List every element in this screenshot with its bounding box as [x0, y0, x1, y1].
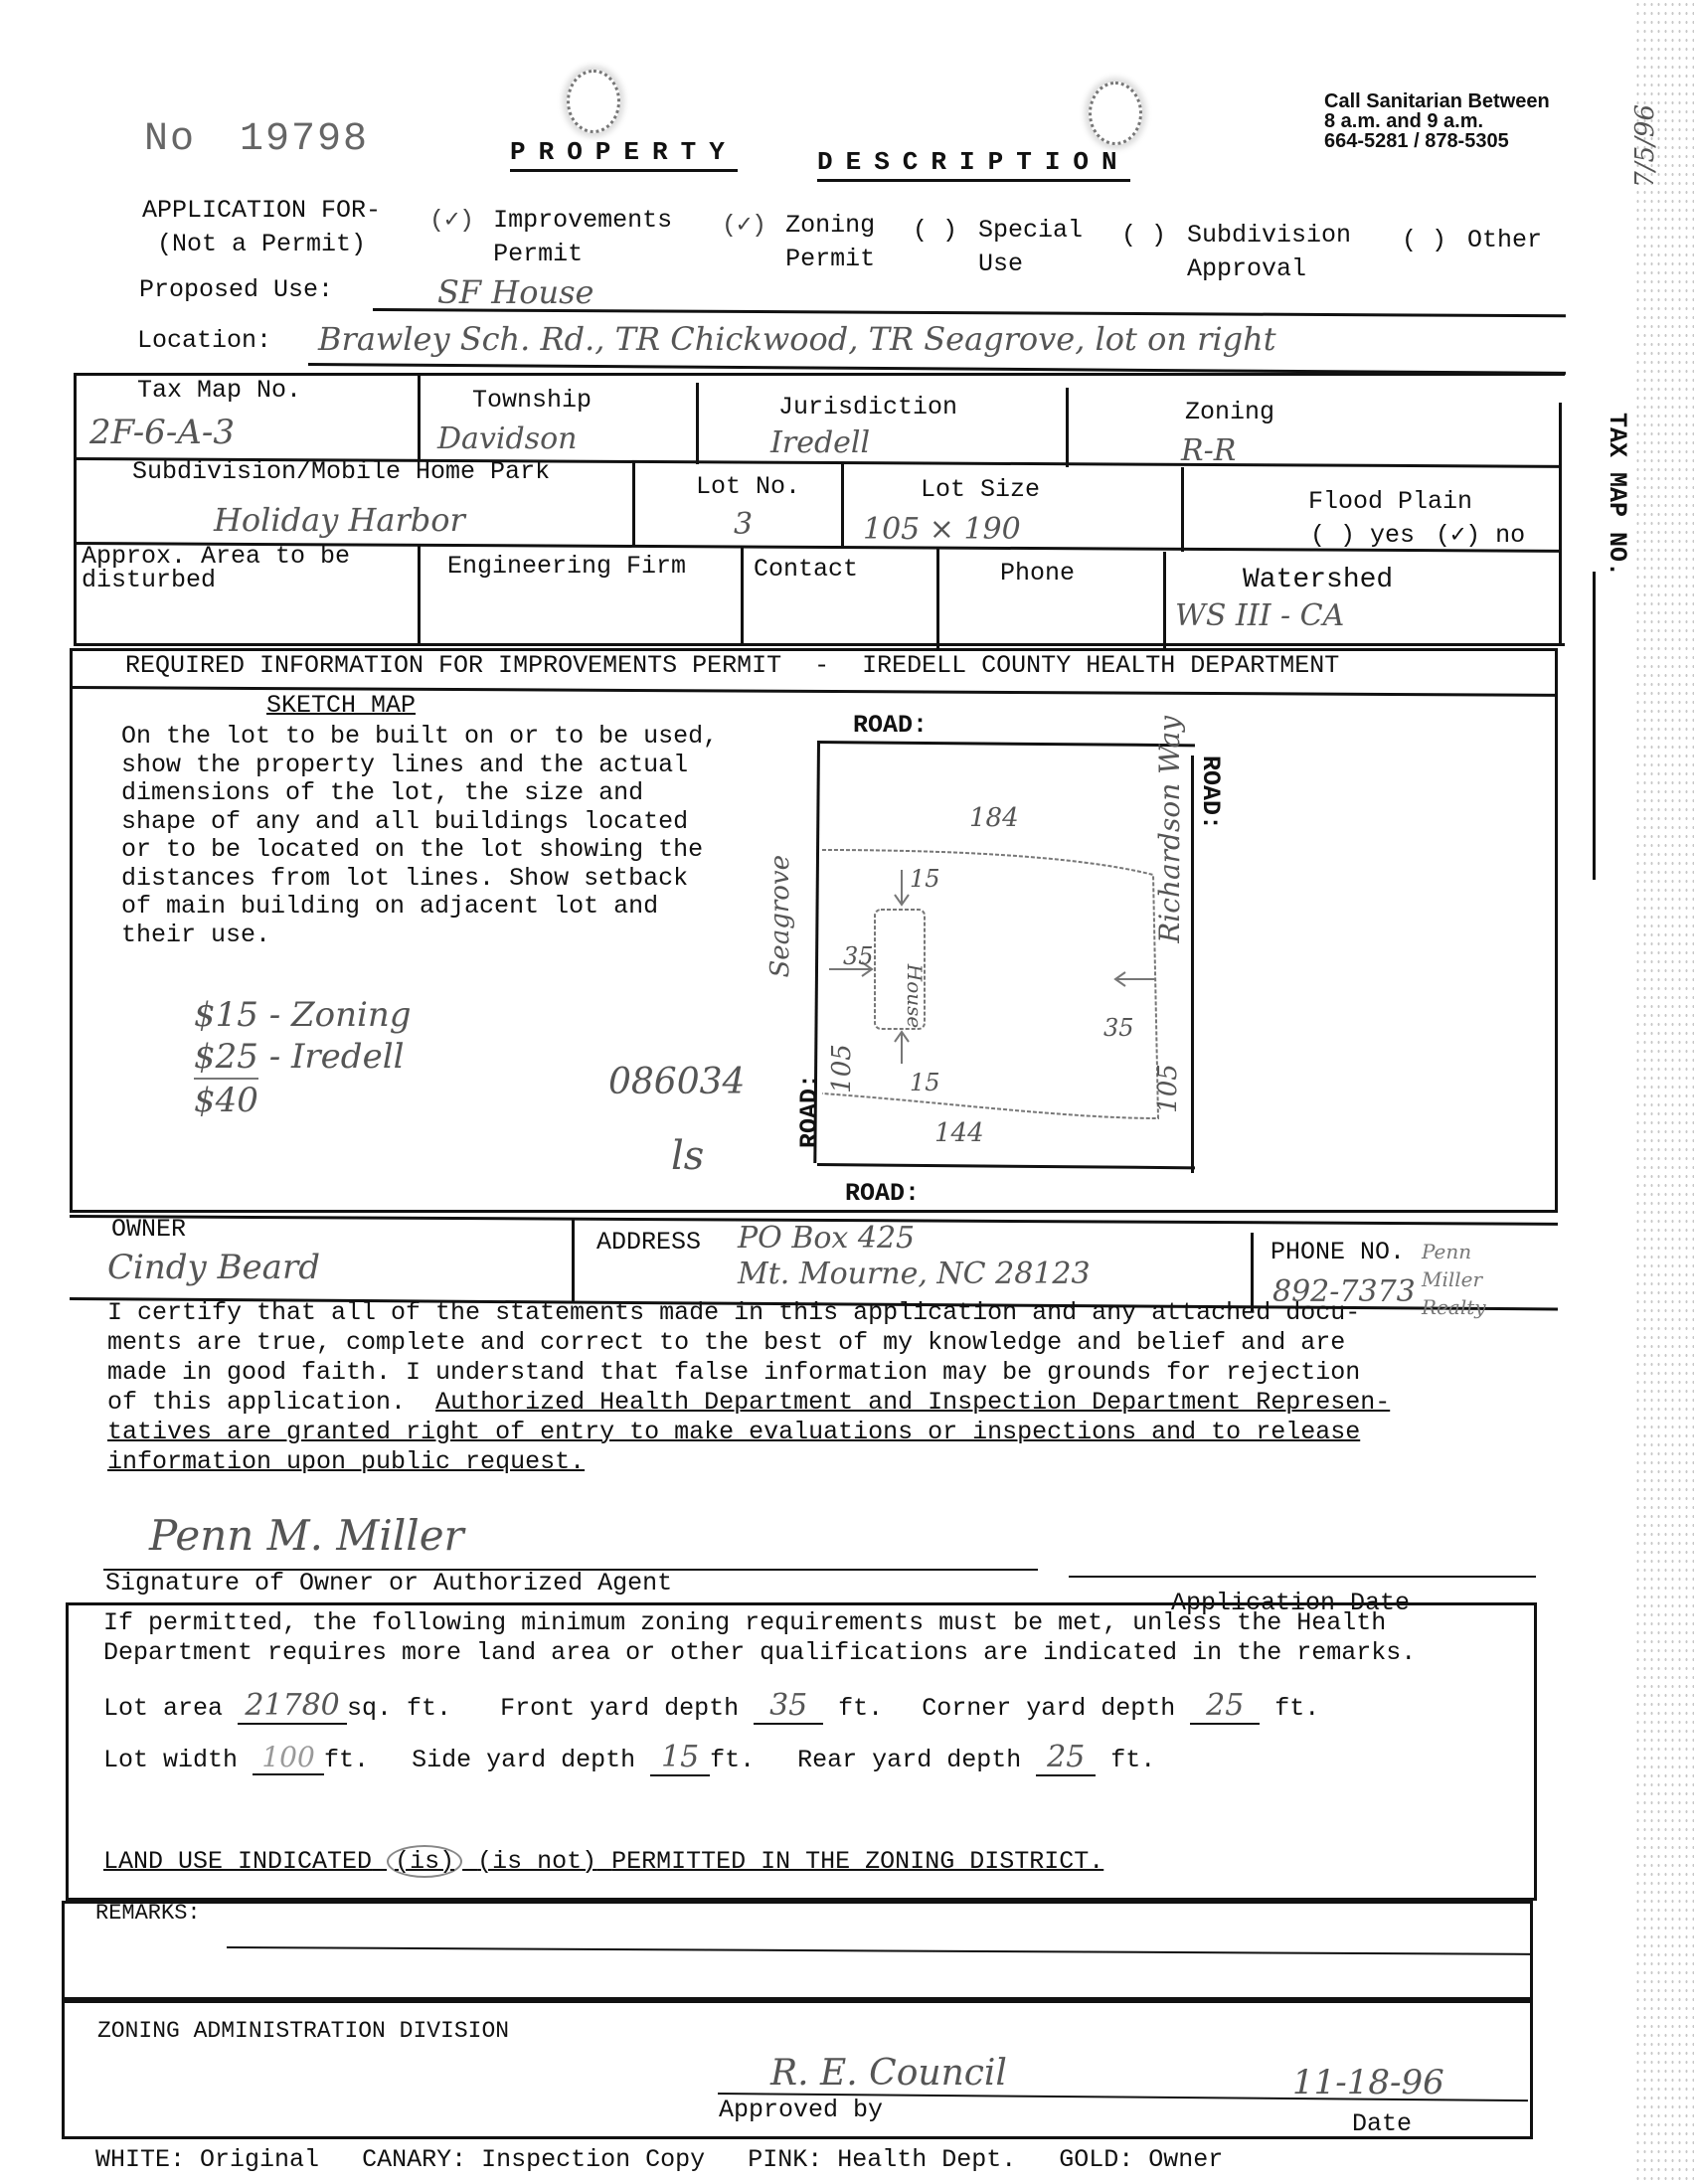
punch-hole-right: [1089, 82, 1142, 145]
setback-front: 35: [843, 942, 874, 970]
dim-right: 105: [1153, 1064, 1183, 1113]
location-label: Location:: [137, 326, 271, 355]
engineering-firm-field[interactable]: [427, 591, 731, 636]
township-field[interactable]: Davidson: [437, 421, 577, 456]
lot-no-field[interactable]: 3: [734, 507, 753, 542]
option-zoning-permit[interactable]: (✓) Zoning Permit: [722, 209, 875, 276]
area-disturbed-label: Approx. Area to be disturbed: [82, 545, 350, 592]
signature-label: Signature of Owner or Authorized Agent: [105, 1569, 672, 1597]
dim-bottom: 144: [934, 1118, 984, 1148]
phone-no-label: PHONE NO.: [1270, 1238, 1405, 1266]
sketch-map-title: SKETCH MAP: [266, 691, 416, 720]
flood-plain-label: Flood Plain: [1308, 487, 1472, 516]
area-disturbed-field[interactable]: [82, 596, 410, 636]
form-number-prefix: No: [144, 117, 196, 162]
copy-canary: CANARY: Inspection Copy: [362, 2145, 705, 2174]
checkbox-improvements[interactable]: (✓): [429, 206, 474, 235]
setback-bottom: 15: [910, 1069, 940, 1096]
setback-rear: 35: [1103, 1014, 1134, 1042]
flood-plain-no[interactable]: (✓) no: [1436, 521, 1525, 550]
watershed-field[interactable]: WS III - CA: [1175, 598, 1344, 633]
punch-hole-left: [567, 70, 620, 133]
phone-field[interactable]: [946, 596, 1155, 641]
copy-distribution: WHITE: Original CANARY: Inspection Copy …: [95, 2145, 1223, 2174]
option-improvements-permit[interactable]: (✓) Improvements Permit: [429, 204, 672, 271]
phone-label: Phone: [1000, 559, 1075, 588]
engineering-firm-label: Engineering Firm: [447, 552, 686, 581]
building-label: House: [903, 964, 927, 1028]
option-other[interactable]: ( ) Other: [1402, 224, 1542, 257]
copy-gold: GOLD: Owner: [1059, 2145, 1223, 2174]
zoning-division-label: ZONING ADMINISTRATION DIVISION: [97, 2018, 509, 2044]
form-number-value: 19798: [240, 117, 369, 162]
checkbox-zoning[interactable]: (✓): [722, 211, 766, 240]
front-yard-field[interactable]: 35: [754, 1688, 823, 1725]
sketch-instructions: On the lot to be built on or to be used,…: [121, 723, 718, 949]
zoning-row-1: Lot area 21780sq. ft. Front yard depth 3…: [103, 1688, 1319, 1725]
zoning-row-2: Lot width 100ft. Side yard depth 15ft. R…: [103, 1740, 1155, 1776]
owner-field[interactable]: Cindy Beard: [107, 1248, 320, 1287]
lot-area-field[interactable]: 21780: [238, 1688, 347, 1725]
proposed-use-field[interactable]: SF House: [437, 273, 593, 311]
contact-label: Contact: [754, 555, 858, 584]
approved-by-label: Approved by: [719, 2096, 883, 2124]
land-use-is-option[interactable]: (is): [387, 1845, 462, 1878]
receipt-number: 086034: [608, 1062, 745, 1102]
subdivision-label: Subdivision/Mobile Home Park: [132, 457, 550, 486]
checkbox-other[interactable]: ( ): [1402, 226, 1446, 254]
flood-plain-options: ( ) yes (✓) no: [1310, 519, 1525, 550]
zoning-field[interactable]: R-R: [1181, 433, 1236, 468]
option-special-use[interactable]: ( ) Special Use: [913, 214, 1083, 281]
tax-map-label: Tax Map No.: [137, 376, 301, 405]
lot-size-label: Lot Size: [921, 475, 1040, 504]
fee-notes: $15 - Zoning $25 - Iredell $40: [194, 994, 412, 1121]
approval-date-label: Date: [1352, 2109, 1412, 2138]
application-for-label: APPLICATION FOR- (Not a Permit): [142, 194, 381, 261]
checkbox-subdivision[interactable]: ( ): [1121, 221, 1166, 250]
remarks-label: REMARKS:: [95, 1901, 201, 1926]
jurisdiction-field[interactable]: Iredell: [770, 425, 870, 460]
title-description: DESCRIPTION: [817, 147, 1130, 182]
clerk-initials: ls: [671, 1133, 704, 1179]
tax-map-field[interactable]: 2F-6-A-3: [89, 413, 235, 452]
left-road-name: Seagrove: [765, 855, 795, 978]
scan-noise-edge: [1634, 0, 1694, 2184]
township-label: Township: [472, 386, 592, 415]
phone-note: Penn Miller Realty: [1422, 1238, 1531, 1321]
owner-signature[interactable]: Penn M. Miller: [149, 1511, 464, 1560]
copy-white: WHITE: Original: [95, 2145, 319, 2174]
remarks-field[interactable]: [229, 1909, 1521, 1988]
certification-text: I certify that all of the statements mad…: [107, 1298, 1390, 1477]
approved-by-field[interactable]: R. E. Council: [770, 2053, 1007, 2094]
copy-pink: PINK: Health Dept.: [748, 2145, 1016, 2174]
contact-field[interactable]: [751, 594, 930, 639]
zoning-label: Zoning: [1185, 398, 1274, 426]
proposed-use-label: Proposed Use:: [139, 275, 333, 304]
margin-date: 7/5/96: [1630, 104, 1660, 188]
lot-no-label: Lot No.: [696, 472, 800, 501]
lot-width-field[interactable]: 100: [253, 1741, 324, 1775]
tax-map-no-side-label: TAX MAP NO.: [1603, 413, 1631, 577]
title-property: PROPERTY: [510, 137, 738, 172]
subdivision-field[interactable]: Holiday Harbor: [214, 501, 465, 539]
jurisdiction-label: Jurisdiction: [778, 393, 957, 421]
dim-top: 184: [969, 803, 1019, 833]
address-field[interactable]: PO Box 425 Mt. Mourne, NC 28123: [738, 1221, 1091, 1292]
application-date-field[interactable]: [1074, 1539, 1531, 1575]
address-label: ADDRESS: [596, 1228, 701, 1257]
land-use-statement: LAND USE INDICATED (is) (is not) PERMITT…: [103, 1847, 1103, 1876]
setback-top: 15: [910, 865, 940, 893]
improvements-header: REQUIRED INFORMATION FOR IMPROVEMENTS PE…: [125, 651, 1339, 680]
road-top-label: ROAD:: [853, 711, 928, 740]
sanitarian-note: Call Sanitarian Between 8 a.m. and 9 a.m…: [1324, 91, 1550, 151]
flood-plain-yes[interactable]: ( ) yes: [1310, 521, 1415, 550]
approval-date-field[interactable]: 11-18-96: [1292, 2063, 1444, 2102]
road-right-label: ROAD:: [1196, 756, 1225, 830]
lot-size-field[interactable]: 105 × 190: [863, 512, 1021, 547]
dim-left: 105: [827, 1044, 857, 1093]
zoning-intro: If permitted, the following minimum zoni…: [103, 1608, 1416, 1668]
option-subdivision-approval[interactable]: ( ) Subdivision Approval: [1121, 219, 1351, 286]
road-bottom-label: ROAD:: [845, 1179, 920, 1208]
owner-label: OWNER: [111, 1215, 186, 1244]
watershed-label: Watershed: [1243, 565, 1393, 595]
checkbox-special-use[interactable]: ( ): [913, 216, 957, 245]
form-number: No 19798: [144, 117, 369, 162]
rear-yard-field[interactable]: 25: [1036, 1740, 1096, 1776]
side-yard-field[interactable]: 15: [650, 1740, 710, 1776]
location-field[interactable]: Brawley Sch. Rd., TR Chickwood, TR Seagr…: [318, 320, 1276, 358]
corner-yard-field[interactable]: 25: [1190, 1688, 1260, 1725]
land-use-is-not-option[interactable]: (is not): [477, 1847, 596, 1876]
